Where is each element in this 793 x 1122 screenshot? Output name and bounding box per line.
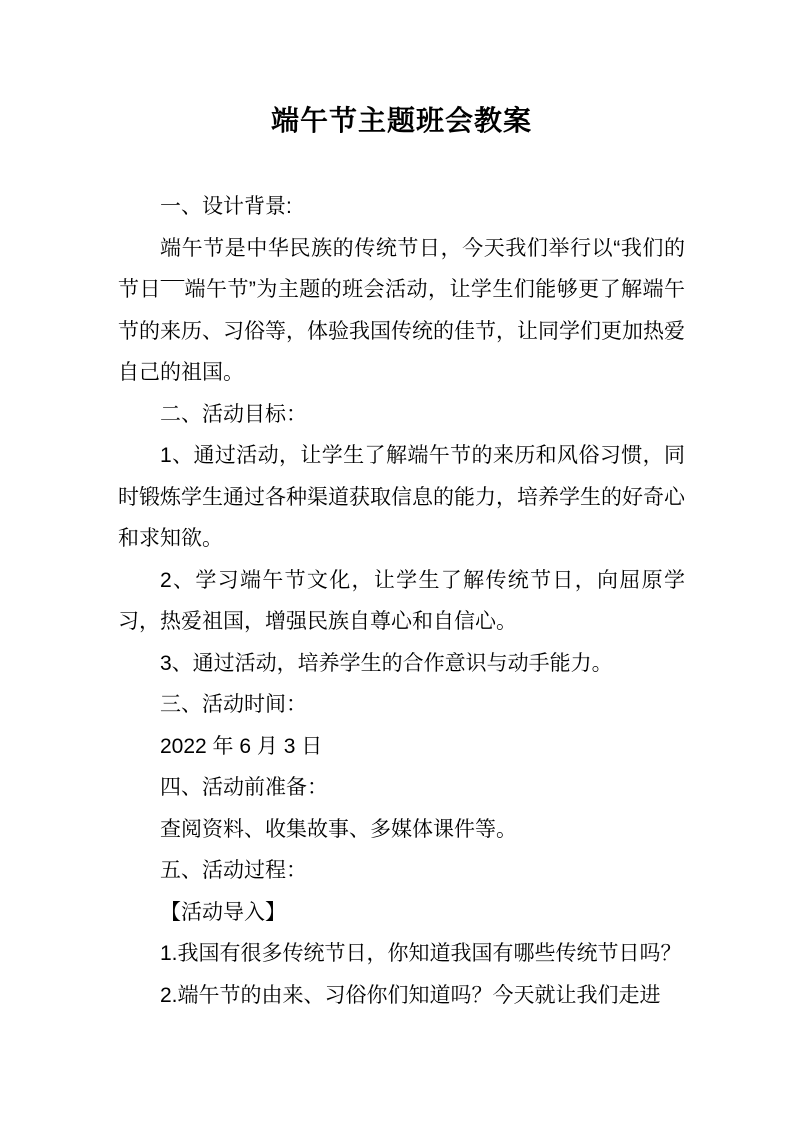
paragraph-preparation: 查阅资料、收集故事、多媒体课件等。 [118, 809, 685, 851]
document-body: 一、设计背景: 端午节是中华民族的传统节日，今天我们举行以“我们的节日¯¯端午节… [118, 186, 685, 1016]
paragraph-section-1-heading: 一、设计背景: [118, 186, 685, 228]
paragraph-section-3-heading: 三、活动时间： [118, 684, 685, 726]
document-page: 端午节主题班会教案 一、设计背景: 端午节是中华民族的传统节日，今天我们举行以“… [0, 0, 793, 1122]
paragraph-section-4-heading: 四、活动前准备： [118, 767, 685, 809]
paragraph-activity-intro-heading: 【活动导入】 [118, 892, 685, 934]
paragraph-goal-1: 1、通过活动，让学生了解端午节的来历和风俗习惯，同时锻炼学生通过各种渠道获取信息… [118, 435, 685, 560]
paragraph-goal-2: 2、学习端午节文化，让学生了解传统节日，向屈原学习，热爱祖国，增强民族自尊心和自… [118, 560, 685, 643]
paragraph-activity-date: 2022 年 6 月 3 日 [118, 726, 685, 768]
paragraph-design-background: 端午节是中华民族的传统节日，今天我们举行以“我们的节日¯¯端午节”为主题的班会活… [118, 228, 685, 394]
paragraph-goal-3: 3、通过活动，培养学生的合作意识与动手能力。 [118, 643, 685, 685]
paragraph-section-5-heading: 五、活动过程： [118, 850, 685, 892]
paragraph-intro-question-2: 2.端午节的由来、习俗你们知道吗？今天就让我们走进 [118, 975, 685, 1017]
paragraph-intro-question-1: 1.我国有很多传统节日，你知道我国有哪些传统节日吗？ [118, 933, 685, 975]
paragraph-section-2-heading: 二、活动目标： [118, 394, 685, 436]
document-title: 端午节主题班会教案 [118, 104, 685, 138]
